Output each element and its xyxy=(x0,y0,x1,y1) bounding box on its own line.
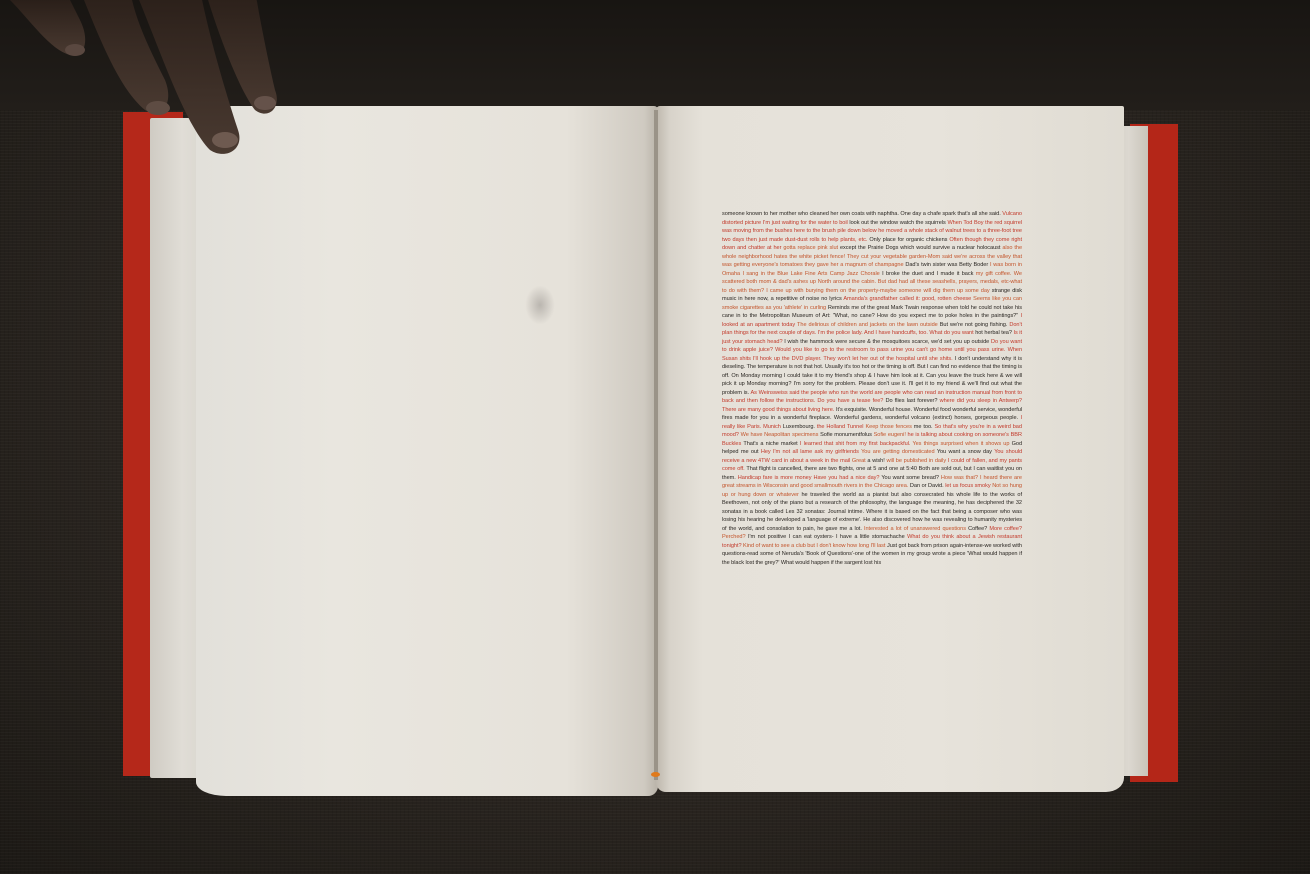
ribbon-marker xyxy=(651,772,660,777)
text-phrase: Sofie monumentfolus xyxy=(820,432,872,438)
text-phrase: Yes things surprised when it shows up xyxy=(912,441,1009,447)
text-phrase: the Holland Tunnel xyxy=(817,424,864,430)
text-phrase: Sofie eugeni! xyxy=(874,432,906,438)
text-phrase: let us focus smoky xyxy=(945,483,990,489)
text-phrase: Have you had a nice day? xyxy=(814,475,880,481)
text-phrase: You are getting domesticated xyxy=(861,449,934,455)
text-phrase: Dad's twin sister was Betty Boder xyxy=(905,262,988,268)
text-phrase: One day a chafe spark that's all she sai… xyxy=(900,211,1000,217)
text-phrase: Perched? xyxy=(722,534,746,540)
text-phrase: someone known to her mother who cleaned … xyxy=(722,211,899,217)
text-phrase: Do you have a tease fee? xyxy=(817,398,883,404)
text-phrase: hot herbal tea? xyxy=(975,330,1012,336)
text-phrase: me too. xyxy=(914,424,933,430)
text-phrase: head? xyxy=(767,339,782,345)
text-phrase: Munich xyxy=(763,424,781,430)
right-page-text-block: someone known to her mother who cleaned … xyxy=(722,210,1022,567)
text-phrase: will be published in daily xyxy=(886,458,946,464)
text-phrase: Great xyxy=(852,458,866,464)
text-phrase: Kind of want to see a club but I don't k… xyxy=(743,543,885,549)
text-phrase: Hey I'm not all lame ask my girlfriends xyxy=(761,449,859,455)
text-phrase: except the Prairie Dogs which would surv… xyxy=(840,245,1000,251)
page-smudge xyxy=(525,285,555,325)
text-phrase: Only place for organic chickens xyxy=(869,237,947,243)
text-phrase: More coffee? xyxy=(989,526,1022,532)
text-phrase: I came up with burying them on the prope… xyxy=(766,288,989,294)
text-phrase: Keep those fences xyxy=(865,424,911,430)
text-phrase: I'm just waiting for the water to boil xyxy=(763,220,848,226)
book-gutter xyxy=(654,110,658,780)
left-page-blank xyxy=(196,106,658,796)
text-phrase: a wish! xyxy=(867,458,884,464)
text-phrase: The delirious of children and jackets on… xyxy=(797,322,938,328)
text-phrase: Luxembourg. xyxy=(783,424,815,430)
text-phrase: Dan or David. xyxy=(910,483,944,489)
text-phrase: Do flies last forever? xyxy=(886,398,938,404)
text-phrase: I'm not positive I can eat oysters- I ha… xyxy=(748,534,905,540)
text-phrase: You want a snow day xyxy=(937,449,992,455)
text-phrase: Amanda's grandfather called it: good, ro… xyxy=(843,296,971,302)
text-phrase: Coffee? xyxy=(968,526,987,532)
text-phrase: gotta replace pink slut xyxy=(783,245,838,251)
text-phrase: How was that? xyxy=(941,475,978,481)
text-phrase: Handicap fare is more money xyxy=(738,475,812,481)
text-phrase: That's a niche market xyxy=(743,441,797,447)
text-phrase: Interested a lot of unanswered questions xyxy=(864,526,966,532)
text-phrase: I wish the hammock were secure & the mos… xyxy=(784,339,989,345)
text-phrase: You want some bread? xyxy=(881,475,939,481)
text-phrase: I learned that shit from my first backpa… xyxy=(800,441,910,447)
hand-holding-page xyxy=(10,0,280,160)
text-phrase: But we're not going fishing. xyxy=(940,322,1008,328)
text-phrase: We have Neapolitan specimens xyxy=(741,432,819,438)
text-phrase: look out the window watch the squirrels xyxy=(849,220,945,226)
text-phrase: I broke the duet and I made it back xyxy=(882,271,973,277)
